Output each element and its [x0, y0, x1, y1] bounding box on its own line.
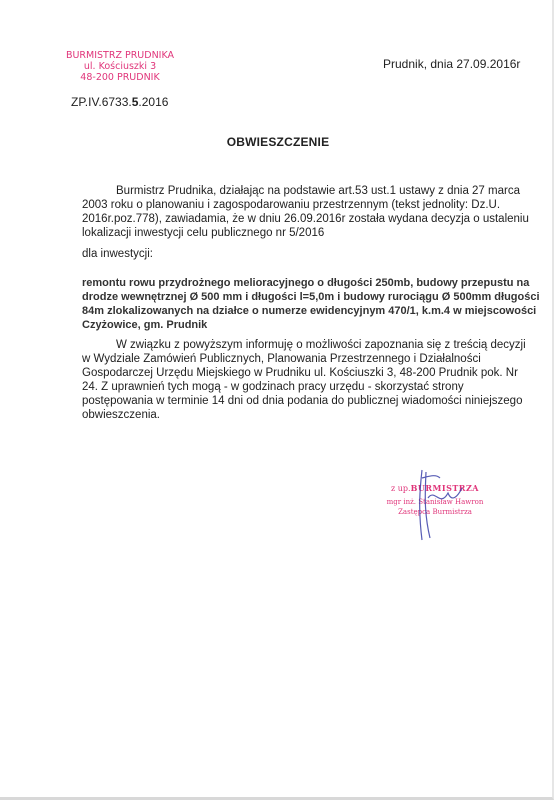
paragraph-line: lokalizacji inwestycji celu publicznego …	[82, 226, 462, 240]
paragraph-line: Burmistrz Prudnika, działając na podstaw…	[82, 184, 462, 198]
paragraph-line: Gospodarczej Urzędu Miejskiego w Prudnik…	[82, 366, 462, 380]
reference-prefix: ZP.IV.6733.	[71, 95, 132, 109]
stamp-office-name: BURMISTRZ PRUDNIKA	[64, 50, 176, 61]
document-date: Prudnik, dnia 27.09.2016r	[383, 57, 520, 71]
paragraph-line: postępowania w terminie 14 dni od dnia p…	[82, 394, 462, 408]
stamp-street: ul. Kościuszki 3	[64, 61, 176, 72]
paragraph-line: W związku z powyższym informuję o możliw…	[82, 338, 462, 352]
office-stamp: BURMISTRZ PRUDNIKA ul. Kościuszki 3 48-2…	[64, 50, 176, 83]
investment-line: Czyżowice, gm. Prudnik	[82, 318, 472, 332]
announcement-paragraph: Burmistrz Prudnika, działając na podstaw…	[82, 184, 462, 240]
document-title: OBWIESZCZENIE	[0, 135, 556, 149]
paragraph-line: 24. Z uprawnień tych mogą - w godzinach …	[82, 380, 462, 394]
investment-label: dla inwestycji:	[82, 248, 153, 260]
reference-number: ZP.IV.6733.5.2016	[71, 95, 168, 109]
investment-line: 84m zlokalizowanych na działce o numerze…	[82, 304, 472, 318]
investment-line: remontu rowu przydrożnego melioracyjnego…	[82, 276, 472, 290]
paragraph-line: 2016r.poz.778), zawiadamia, że w dniu 26…	[82, 212, 462, 226]
handwritten-signature-icon	[400, 468, 480, 543]
stamp-city: 48-200 PRUDNIK	[64, 72, 176, 83]
reference-suffix: .2016	[138, 95, 168, 109]
investment-description: remontu rowu przydrożnego melioracyjnego…	[82, 276, 472, 332]
document-page: BURMISTRZ PRUDNIKA ul. Kościuszki 3 48-2…	[0, 0, 554, 800]
information-paragraph: W związku z powyższym informuję o możliw…	[82, 338, 462, 422]
paragraph-line: w Wydziale Zamówień Publicznych, Planowa…	[82, 352, 462, 366]
signature-stamp: z up.BURMISTRZA mgr inż. Stanisław Hawro…	[360, 478, 510, 538]
paragraph-line: 2003 roku o planowaniu i zagospodarowani…	[82, 198, 462, 212]
paragraph-line: obwieszczenia.	[82, 408, 462, 422]
investment-line: drodze wewnętrznej Ø 500 mm i długości l…	[82, 290, 472, 304]
